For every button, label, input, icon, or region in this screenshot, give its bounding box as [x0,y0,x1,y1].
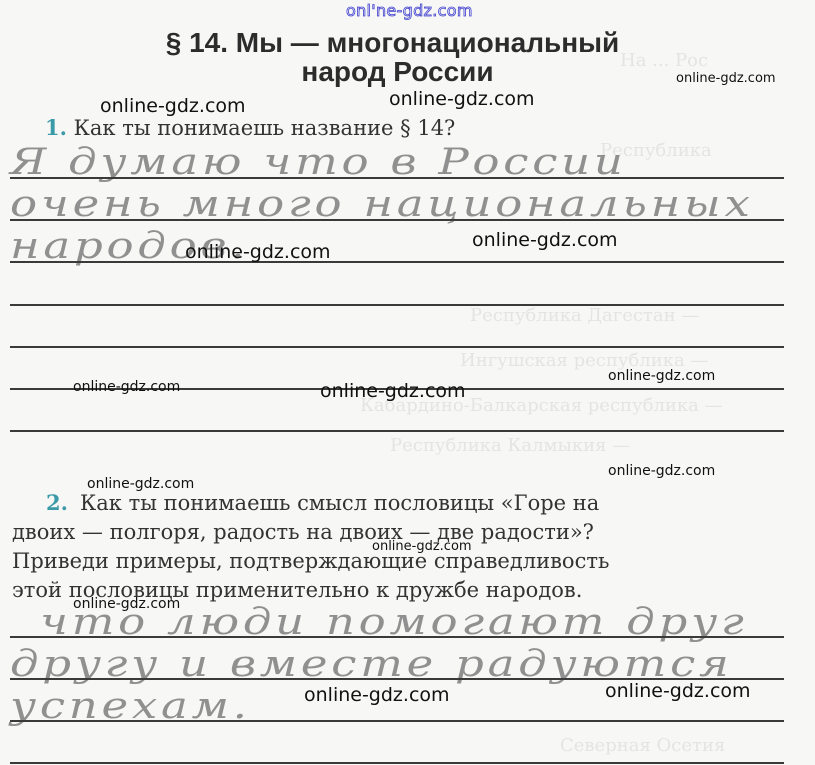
ruled-line [10,762,784,764]
question-1: 1. Как ты понимаешь название § 14? [45,113,455,143]
watermark: online-gdz.com [320,380,466,402]
ruled-line [10,430,784,432]
bleed-through-text: Северная Осетия [560,735,725,756]
watermark: online-gdz.com [100,95,246,117]
bleed-through-text: Республика Дагестан — [470,305,699,326]
watermark: online-gdz.com [608,368,715,384]
ruled-line [10,219,784,221]
question-text-line: 2.Как ты понимаешь смысл пословицы «Горе… [12,488,784,518]
watermark: online-gdz.com [472,229,618,251]
ruled-line [10,304,784,306]
watermark: online-gdz.com [389,88,535,110]
watermark: online-gdz.com [605,680,751,702]
watermark-top: onl'ne-gdz.com [346,1,473,20]
watermark: online-gdz.com [87,476,194,492]
workbook-page: На ... Рос Республика Республика Дагеста… [0,0,815,765]
ruled-line [10,346,784,348]
watermark: online-gdz.com [304,684,450,706]
watermark: online-gdz.com [372,539,472,554]
question-number: 2. [46,488,80,517]
ruled-line [10,720,784,722]
watermark: online-gdz.com [676,71,776,86]
watermark: online-gdz.com [73,379,180,395]
question-text: Как ты понимаешь название § 14? [74,116,456,140]
ruled-line [10,636,784,638]
title-line-1: § 14. Мы — многонациональный [0,28,815,57]
ruled-line [10,261,784,263]
watermark: online-gdz.com [608,463,715,479]
bleed-through-text: Республика Калмыкия — [390,435,630,456]
question-number: 1. [45,115,67,140]
watermark: online-gdz.com [73,596,180,612]
ruled-line [10,177,784,179]
watermark: online-gdz.com [185,241,331,263]
